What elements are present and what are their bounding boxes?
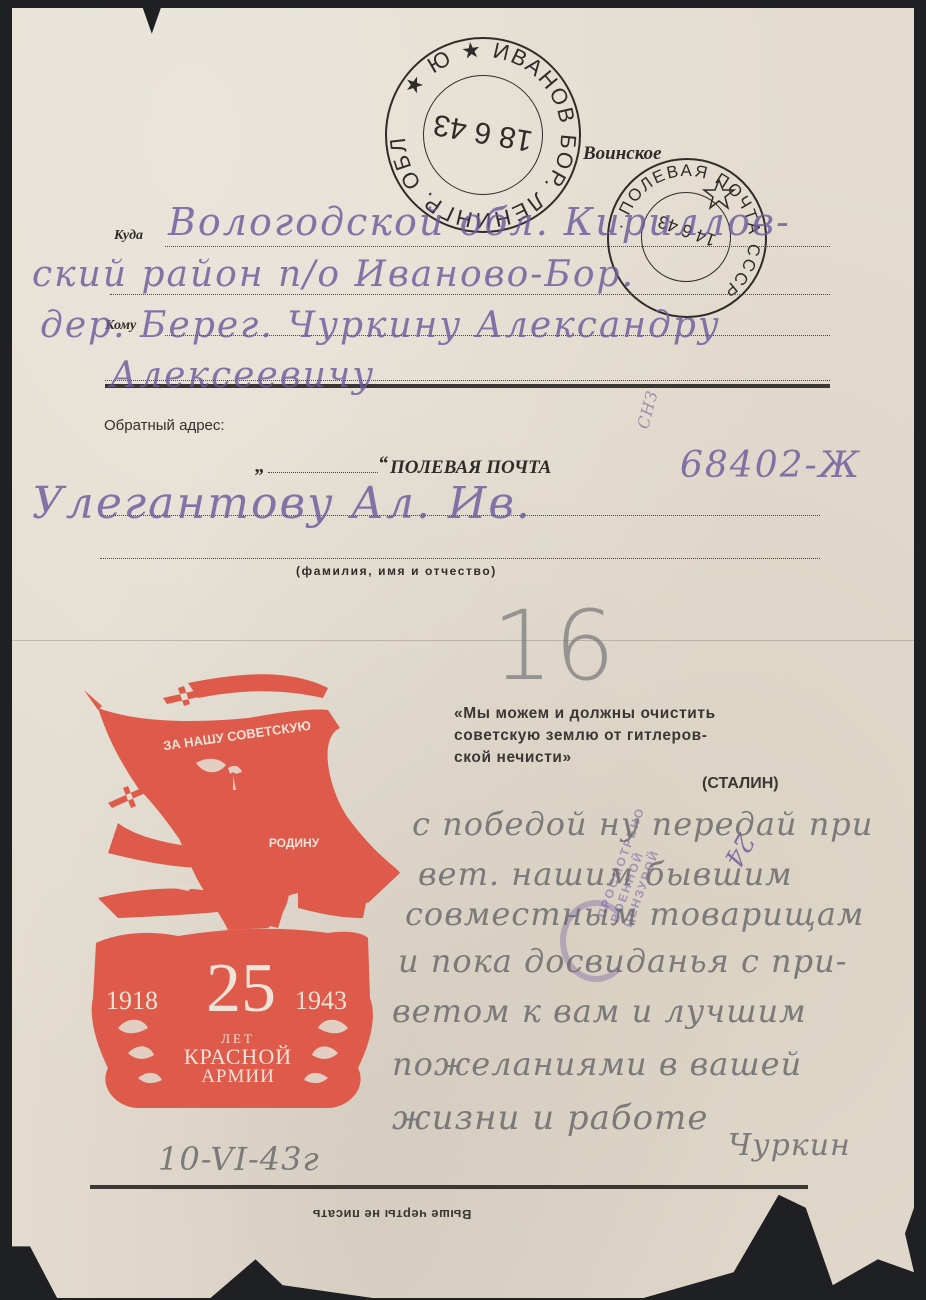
letter-date: 10-VI-43г [158, 1140, 320, 1178]
footer-divider [90, 1185, 808, 1189]
poster-year-end: 1943 [276, 986, 366, 1016]
message-line-2: вет. нашим бывшим [418, 855, 793, 893]
sender-line-2 [100, 558, 820, 559]
address-handwriting-4: Алексеевичу [110, 355, 375, 396]
sheet-number: 16 [492, 590, 616, 702]
message-line-1: с победой ну передай при [412, 805, 873, 843]
quote-author: (СТАЛИН) [702, 775, 779, 793]
address-handwriting-2: ский район п/о Иваново-Бор. [32, 254, 635, 295]
quote-line-2: советскую землю от гитлеров- [454, 725, 824, 747]
signature: Чуркин [728, 1128, 851, 1163]
message-line-6: пожеланиями в вашей [392, 1045, 802, 1083]
footer-note: Выше черты не писать [312, 1207, 471, 1222]
address-handwriting-3: дер. Берег. Чуркину Александру [40, 305, 721, 346]
red-army-25-poster: ЗА НАШУ СОВЕТСКУЮ РОДИНУ 1918 25 1943 ЛЕ… [78, 668, 408, 1118]
quote-line-1: «Мы можем и должны очистить [454, 703, 824, 725]
poster-year-start: 1918 [92, 986, 172, 1016]
to-where-label: Куда [114, 228, 143, 244]
address-handwriting-1: Вологодской обл. Кириллов- [168, 200, 791, 244]
return-address-label: Обратный адрес: [104, 417, 225, 434]
message-line-7: жизни и работе [392, 1098, 709, 1138]
sender-caption: (фамилия, имя и отчество) [296, 564, 497, 578]
message-line-3: совместным товарищам [405, 895, 864, 933]
sender-handwriting: Улегантову Ал. Ив. [32, 478, 532, 529]
address-line-1 [165, 246, 830, 247]
fold-crease [12, 640, 914, 641]
field-post-label: ПОЛЕВАЯ ПОЧТА [390, 457, 551, 479]
field-post-number: 68402-Ж [680, 445, 861, 486]
banner-bottom-text: РОДИНУ [254, 836, 334, 850]
quote-open: „ [255, 455, 265, 478]
stalin-quote: «Мы можем и должны очистить советскую зе… [454, 703, 824, 769]
message-line-5: ветом к вам и лучшим [392, 992, 807, 1030]
quote-line-3: ской нечисти» [454, 747, 824, 769]
poster-line-2: АРМИИ [138, 1066, 338, 1088]
message-line-4: и пока досвиданья с при- [398, 942, 848, 980]
quote-close: “ [378, 453, 388, 476]
field-post-dotline [268, 472, 378, 473]
